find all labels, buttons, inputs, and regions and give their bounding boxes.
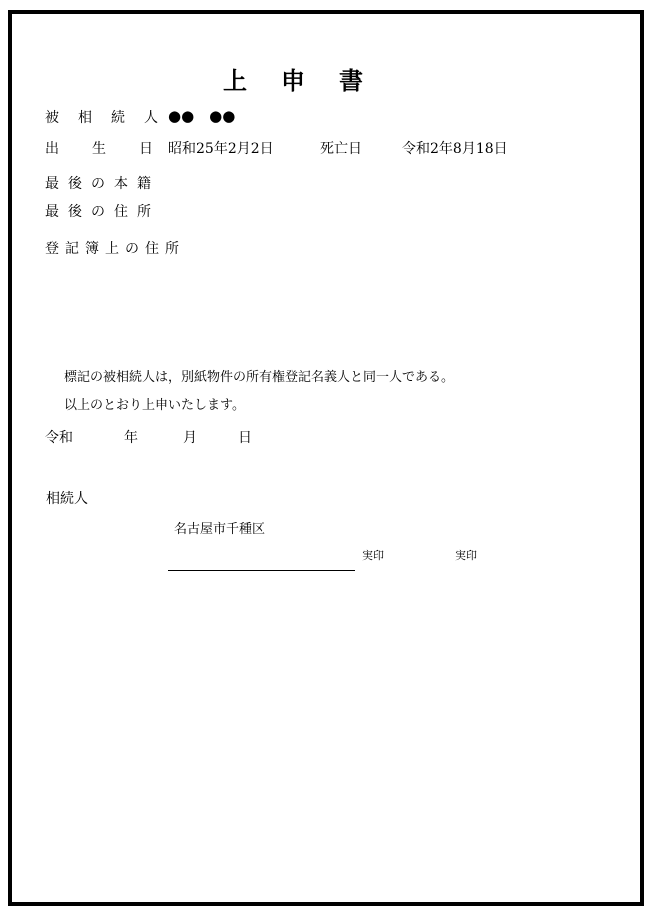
statement-line-1: 標記の被相続人は，別紙物件の所有権登記名義人と同一人である。 — [64, 371, 454, 384]
registry-address-label: 登記簿上の住所 — [45, 242, 185, 256]
death-date-value: 令和2年8月18日 — [402, 142, 508, 156]
birth-date-label: 出生日 — [45, 142, 186, 156]
statement-line-2: 以上のとおり上申いたします。 — [64, 399, 245, 412]
decedent-name-value: ●● ●● — [168, 109, 235, 124]
page-title: 上申書 — [223, 69, 397, 93]
heir-label: 相続人 — [46, 492, 88, 506]
death-date-label: 死亡日 — [320, 142, 362, 156]
decedent-label: 被相続人 — [45, 111, 177, 125]
date-day-label: 日 — [238, 431, 252, 445]
last-address-label: 最後の住所 — [45, 205, 160, 219]
date-year-label: 年 — [124, 431, 138, 445]
date-month-label: 月 — [183, 431, 197, 445]
signature-line — [168, 570, 355, 571]
document-page: 上申書 被相続人 ●● ●● 出生日 昭和25年2月2日 死亡日 令和2年8月1… — [0, 0, 657, 918]
date-era-label: 令和 — [45, 431, 73, 445]
heir-address-value: 名古屋市千種区 — [174, 523, 265, 536]
seal-label-2: 実印 — [455, 550, 477, 561]
seal-label-1: 実印 — [362, 550, 384, 561]
last-domicile-label: 最後の本籍 — [45, 177, 160, 191]
birth-date-value: 昭和25年2月2日 — [168, 142, 274, 156]
